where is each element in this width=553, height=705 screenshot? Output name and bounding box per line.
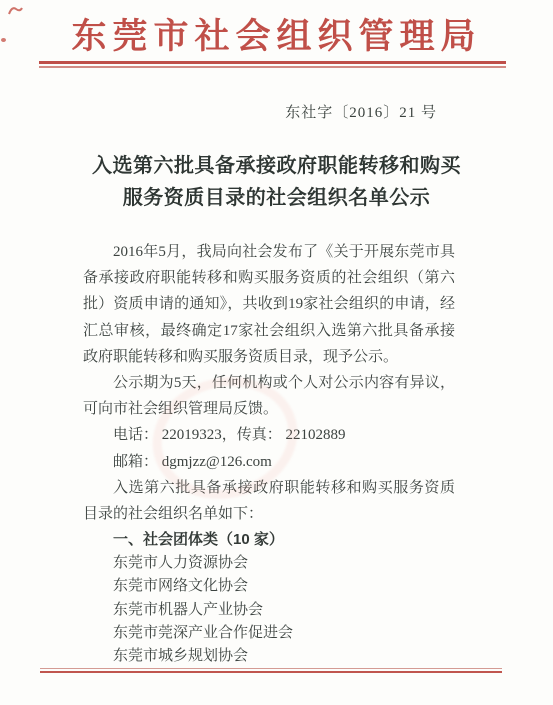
document-title-line1: 入选第六批具备承接政府职能转移和购买 (0, 150, 553, 182)
list-item-organization: 东莞市网络文化协会 (83, 575, 455, 598)
section-heading-social-groups: 一、社会团体类（10 家） (83, 527, 455, 552)
list-item-organization: 东莞市城乡规划协会 (83, 645, 455, 668)
organization-list: 东莞市人力资源协会 东莞市网络文化协会 东莞市机器人产业协会 东莞市莞深产业合作… (83, 552, 455, 668)
footer-double-rule (40, 668, 502, 673)
scan-artifact-dot (1, 38, 6, 42)
scanned-document-page: 东莞市社会组织管理局 东社字〔2016〕21 号 入选第六批具备承接政府职能转移… (0, 0, 553, 705)
document-number: 东社字〔2016〕21 号 (0, 102, 553, 124)
document-title: 入选第六批具备承接政府职能转移和购买 服务资质目录的社会组织名单公示 (0, 150, 553, 214)
document-title-line2: 服务资质目录的社会组织名单公示 (0, 182, 553, 214)
paragraph-announcement: 2016年5月，我局向社会发布了《关于开展东莞市具备承接政府职能转移和购买服务资… (83, 239, 455, 370)
letterhead-double-rule (39, 61, 506, 68)
list-item-organization: 东莞市莞深产业合作促进会 (83, 622, 455, 645)
scan-artifact-mark (7, 4, 23, 18)
agency-name: 东莞市社会组织管理局 (0, 0, 553, 60)
list-item-organization: 东莞市机器人产业协会 (83, 599, 455, 622)
list-item-organization: 东莞市人力资源协会 (83, 552, 455, 575)
